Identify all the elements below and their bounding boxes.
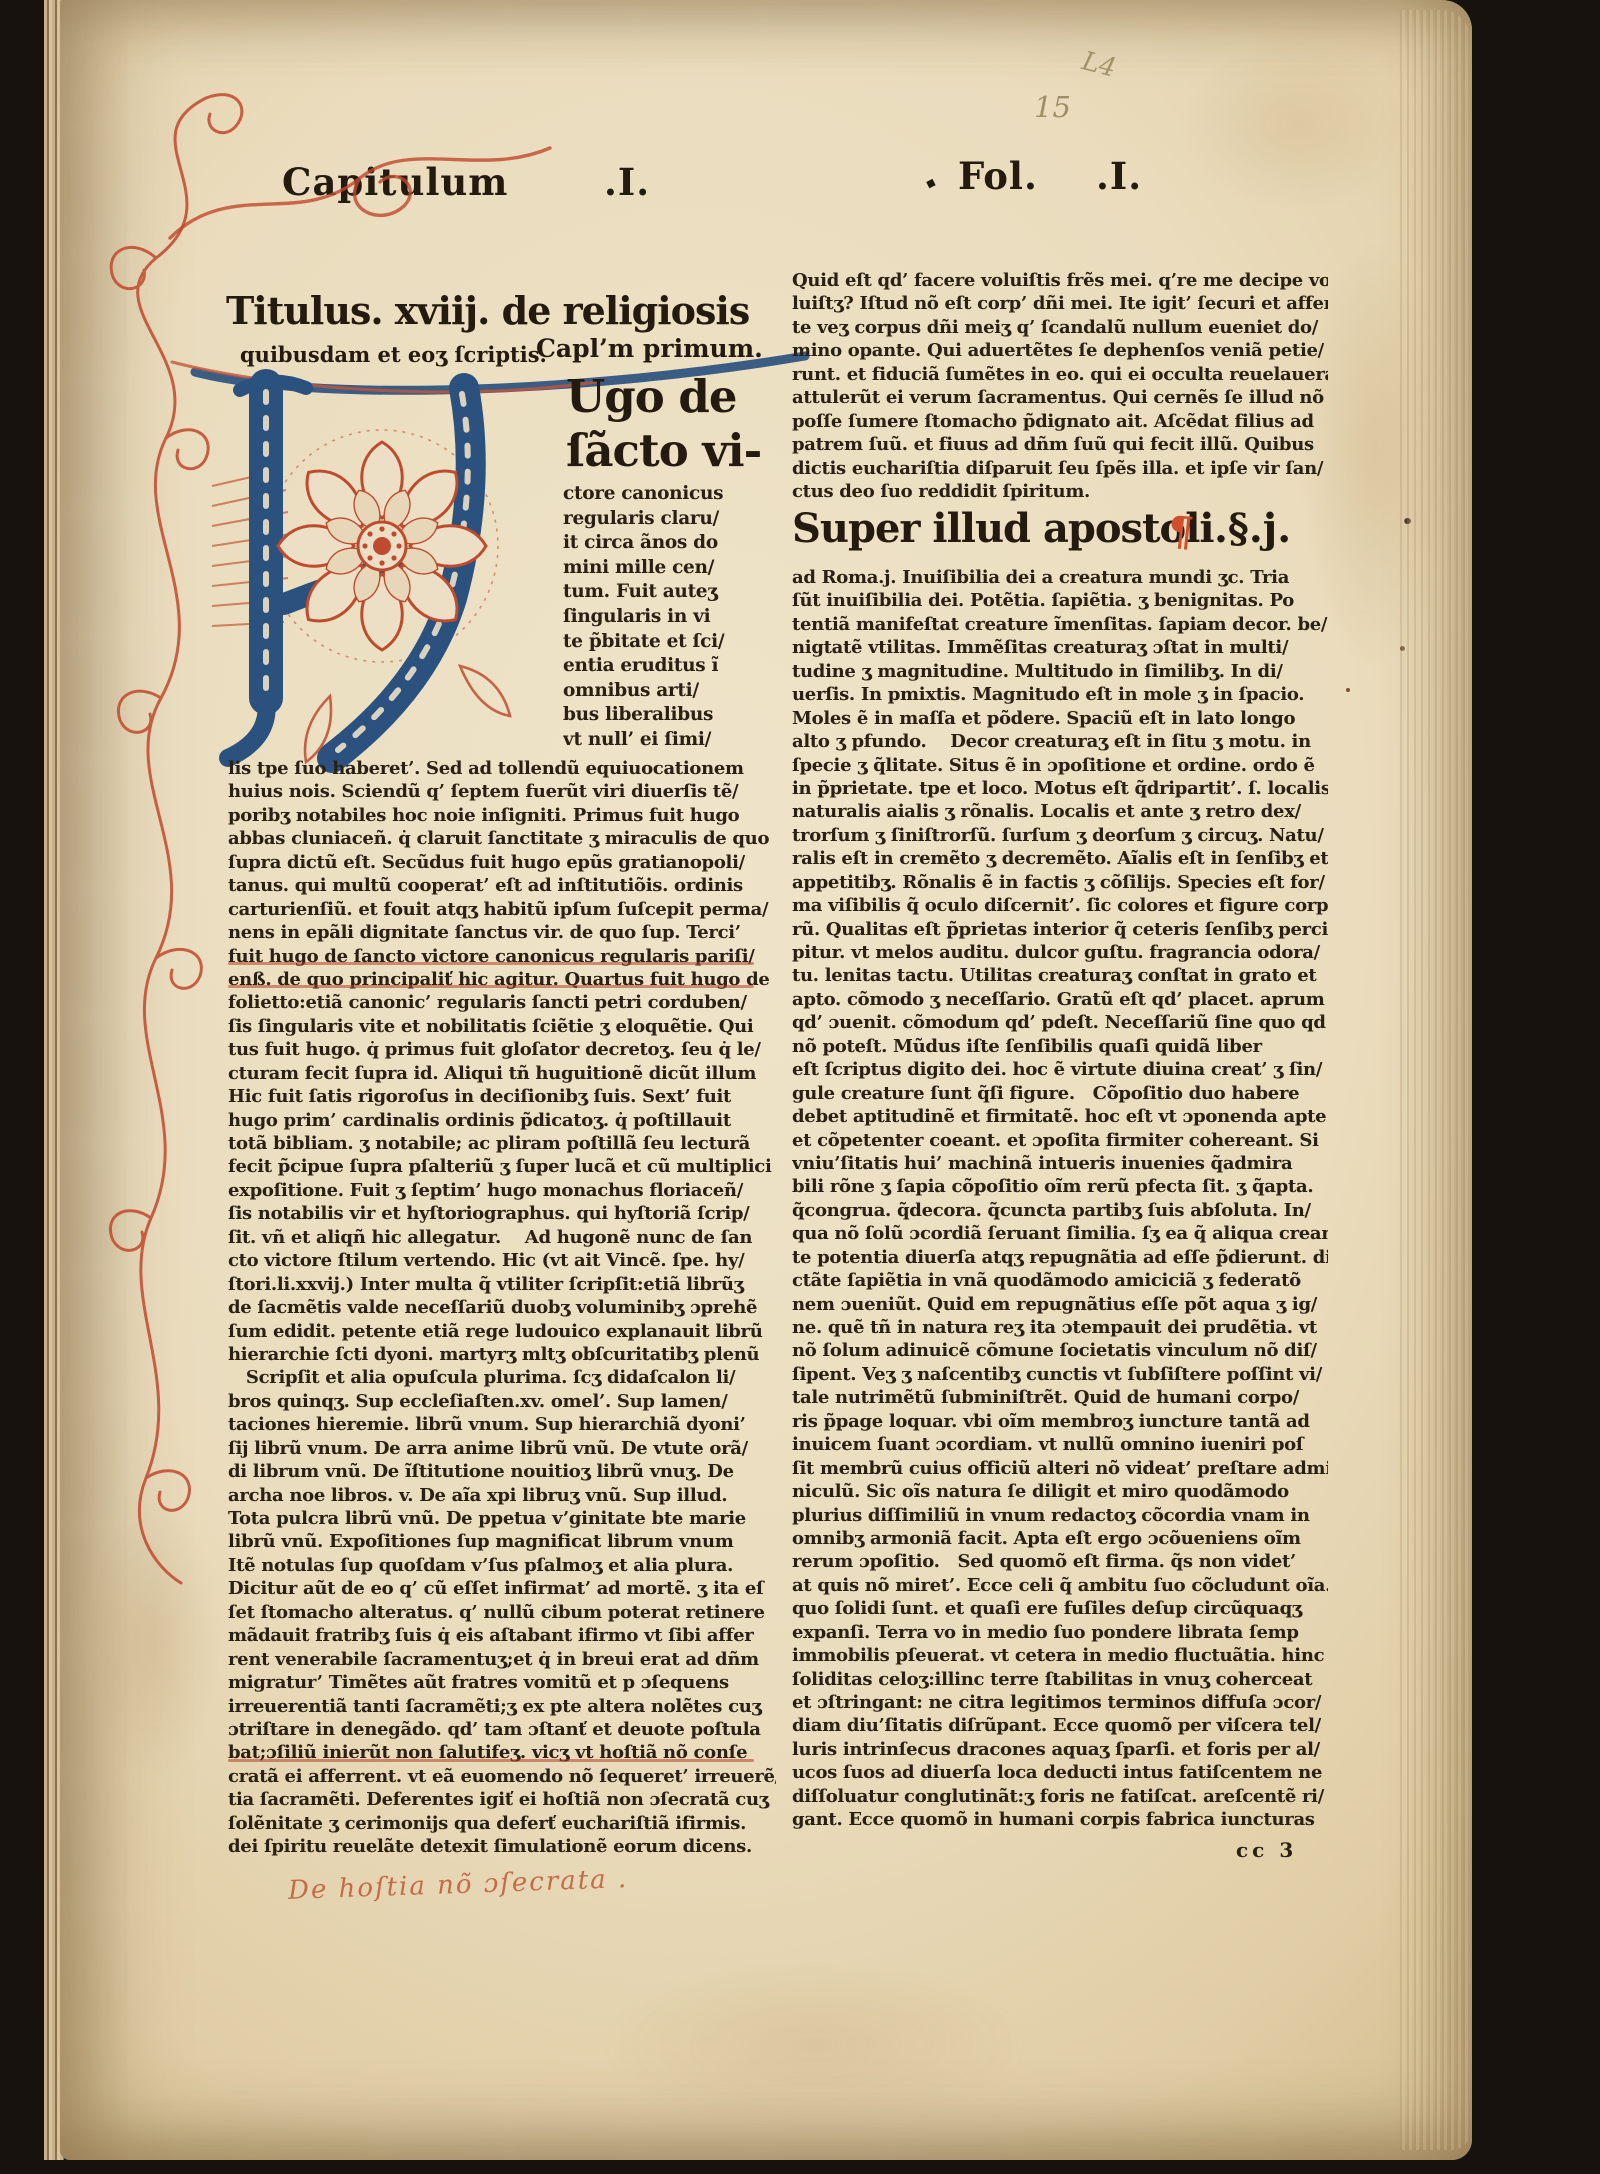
text-line: cturam fecit ſupra id. Aliqui tñ huguiti… <box>228 1062 776 1085</box>
text-line: inuicem ſuant ɔcordiam. vt nullũ omnino … <box>792 1433 1328 1456</box>
page-stack-edge-right <box>1398 10 1470 2150</box>
text-line: rũ. Qualitas eſt p̃prietas interior q̃ c… <box>792 918 1328 941</box>
text-line: ſet ſtomacho alteratus. q’ nullũ cibum p… <box>228 1601 776 1624</box>
text-line: bili rõne ʒ ſapia cõpoſitio oĩm rerũ pfe… <box>792 1175 1328 1198</box>
text-line: tudine ʒ magnitudine. Multitudo in ſimil… <box>792 660 1328 683</box>
author-name-line1: Ugo de <box>566 370 736 423</box>
text-line: diſſoluatur conglutinãt:ʒ foris ne fatiſ… <box>792 1785 1328 1808</box>
text-line: ralis eſt in cremẽto ʒ decremẽto. Aĩalis… <box>792 847 1328 870</box>
text-line: huius nois. Sciendũ q’ ſeptem fuerũt vir… <box>228 780 776 803</box>
text-line: uerſis. In pmixtis. Magnitudo eſt in mol… <box>792 683 1328 706</box>
text-line: ad Roma.j. Inuiſibilia dei a creatura mu… <box>792 566 1328 589</box>
text-line: dictis euchariſtia diſparuit ſeu ſpẽs il… <box>792 457 1328 480</box>
right-column-paragraph1: Quid eſt qd’ facere voluiſtis frẽs mei. … <box>792 269 1328 503</box>
text-line: te potentia diuerſa atqʒ repugnãtia ad e… <box>792 1246 1328 1269</box>
text-line: tentiã manifeſtat creature ĩmenſitas. ſa… <box>792 613 1328 636</box>
paragraph-mark-icon: ¶ <box>1166 507 1196 556</box>
text-line: runt. et fiduciã ſumẽtes in eo. qui ei o… <box>792 363 1328 386</box>
text-line: abbas cluniaceñ. q̇ claruit ſanctitate ʒ… <box>228 827 776 850</box>
stain <box>600 1960 1030 2130</box>
text-line: nens in epãli dignitate ſanctus vir. de … <box>228 921 776 944</box>
text-line: tu. lenitas tactu. Utilitas creaturaʒ co… <box>792 964 1328 987</box>
text-line: nõ poteſt. Mũdus iſte ſenſibilis quaſi q… <box>792 1035 1328 1058</box>
text-line: lis tpe ſuo haberet’. Sed ad tollendũ eq… <box>228 757 776 780</box>
text-line: nem ɔueniũt. Quid em repugnãtius eſſe põ… <box>792 1293 1328 1316</box>
text-line: vt null’ ei ſimi/ <box>563 728 799 753</box>
text-line: mãdauit fratribʒ ſuis q̇ eis aſtabant if… <box>228 1624 776 1647</box>
text-line: totã bibliam. ʒ notabile; ac pliram poſt… <box>228 1132 776 1155</box>
text-line: rent venerabile ſacramentuʒ;et q̇ in bre… <box>228 1648 776 1671</box>
text-line: qua nõ ſolũ ɔcordiã ſeruant ſimilia. ſʒ … <box>792 1222 1328 1245</box>
text-line: in p̃prietate. tpe et loco. Motus eſt q̃… <box>792 777 1328 800</box>
text-line: taciones hieremie. librũ vnum. Sup hiera… <box>228 1413 776 1436</box>
chapter-title: Titulus. xviij. de religiosis <box>226 288 776 333</box>
text-line: regularis claru/ <box>563 507 799 532</box>
text-line: patrem ſuũ. et fiuus ad dñm ſuũ qui feci… <box>792 433 1328 456</box>
text-line: archa noe libros. v. De aĩa xpi libruʒ v… <box>228 1484 776 1507</box>
text-line: luris intrinſecus dracones aquaʒ ſparſi.… <box>792 1738 1328 1761</box>
text-line: ucos ſuos ad diuerſa loca deducti intus … <box>792 1761 1328 1784</box>
text-line: debet aptitudinẽ et firmitatẽ. hoc eſt v… <box>792 1105 1328 1128</box>
text-line: appetitibʒ. Rõnalis ẽ in factis ʒ cõſili… <box>792 871 1328 894</box>
corner-annotation-15: 15 <box>1034 90 1071 124</box>
text-line: ſis ſingularis vite et nobilitatis ſciẽt… <box>228 1015 776 1038</box>
text-line: cto victore ſtilum vertendo. Hic (vt ait… <box>228 1249 776 1272</box>
text-line: Quid eſt qd’ facere voluiſtis frẽs mei. … <box>792 269 1328 292</box>
text-line: de ſacmẽtis valde neceſſariũ duobʒ volum… <box>228 1296 776 1319</box>
text-line: te p̃bitate et ſci/ <box>563 630 799 655</box>
text-line: Dicitur aũt de eo q’ cũ eſſet infirmat’ … <box>228 1577 776 1600</box>
text-line: fecit p̃cipue ſupra pſalteriũ ʒ ſuper lu… <box>228 1155 776 1178</box>
text-line: ſũt inuiſibilia dei. Potẽtia. ſapiẽtia. … <box>792 589 1328 612</box>
penwork-top-flourish-icon <box>150 118 710 258</box>
text-line: Moles ẽ in maſſa et põdere. Spaciũ eſt i… <box>792 707 1328 730</box>
text-line: irreuerentiã tanti ſacramẽti;ʒ ex pte al… <box>228 1695 776 1718</box>
text-line: poſſe ſumere ſtomacho p̃dignato ait. Aſc… <box>792 410 1328 433</box>
left-column-text: lis tpe ſuo haberet’. Sed ad tollendũ eq… <box>228 757 776 1859</box>
text-line: carturienſiũ. et fouit atqʒ habitũ ipſum… <box>228 898 776 921</box>
text-line: eſt ſcriptus digito dei. hoc ẽ virtute d… <box>792 1058 1328 1081</box>
author-name-line2: ſãcto vi- <box>566 424 761 477</box>
text-line: enß. de quo principaliť hic agitur. Quar… <box>228 968 776 991</box>
text-line: immobilis pſeuerat. vt cetera in medio f… <box>792 1644 1328 1667</box>
text-line: folietto:etiã canonic’ regularis ſancti … <box>228 991 776 1014</box>
running-header-folio-numeral: .I. <box>1096 154 1142 198</box>
text-line: diam diu’ſitatis diſrũpant. Ecce quomõ p… <box>792 1714 1328 1737</box>
text-line: ctus deo ſuo reddidit ſpiritum. <box>792 480 1328 503</box>
text-line: niculũ. Sic oĩs natura ſe diligit et mir… <box>792 1480 1328 1503</box>
text-line: ſum edidit. petente etiã rege ludouico e… <box>228 1320 776 1343</box>
section-heading: Super illud apostoli <box>792 505 1214 552</box>
text-line: hugo prim’ cardinalis ordinis p̃dicatoʒ.… <box>228 1109 776 1132</box>
text-line: pitur. vt melos auditu. dulcor guſtu. fr… <box>792 941 1328 964</box>
text-line: attulerũt ei verum ſacramentus. Qui cern… <box>792 386 1328 409</box>
text-line: tum. Fuit auteʒ <box>563 580 799 605</box>
text-line: entia eruditus ĩ <box>563 654 799 679</box>
text-line: migratur’ Timẽtes aũt fratres vomitũ et … <box>228 1671 776 1694</box>
text-line: ſit. vñ et aliqñ hic allegatur. Ad hugon… <box>228 1226 776 1249</box>
text-line: Hic fuit ſatis rigoroſus in deciſionibʒ … <box>228 1085 776 1108</box>
text-line: poribʒ notabiles hoc noie inſigniti. Pri… <box>228 804 776 827</box>
text-line: ctãte ſapiẽtia in vnã quodãmodo amiciciã… <box>792 1269 1328 1292</box>
text-line: quo ſolidi ſunt. et quaſi ere fuſiles de… <box>792 1597 1328 1620</box>
text-line: q̃congrua. q̃decora. q̃cuncta partibʒ ſu… <box>792 1199 1328 1222</box>
text-line: ſis notabilis vir et hyſtoriographus. qu… <box>228 1202 776 1225</box>
text-line: vniu’ſitatis hui’ machinã intueris inuen… <box>792 1152 1328 1175</box>
text-line: alto ʒ pfundo. Decor creaturaʒ eſt in ſi… <box>792 730 1328 753</box>
text-line: nigtatẽ vtilitas. Immẽſitas creaturaʒ ɔſ… <box>792 636 1328 659</box>
text-line: bat;ɔſiliũ inierũt non ſalutifeʒ. vicʒ v… <box>228 1741 776 1764</box>
text-line: et ɔſtringant: ne citra legitimos termin… <box>792 1691 1328 1714</box>
text-line: ma viſibilis q̃ oculo diſcernit’. ſic co… <box>792 894 1328 917</box>
text-line: tus fuit hugo. q̇ primus fuit gloſator d… <box>228 1038 776 1061</box>
text-line: tia ſacramẽti. Deferentes igiť ei hoſtiã… <box>228 1788 776 1811</box>
text-line: ſipent. Veʒ ʒ naſcentibʒ cunctis vt ſubſ… <box>792 1363 1328 1386</box>
text-line: mino opante. Qui aduertẽtes ſe dephenſos… <box>792 339 1328 362</box>
ink-speck <box>1346 688 1350 692</box>
text-line: hierarchie ſcti dyoni. martyrʒ mltʒ obſc… <box>228 1343 776 1366</box>
text-line: ſpecie ʒ q̃litate. Situs ẽ in ɔpoſitione… <box>792 754 1328 777</box>
text-line: bros quinqʒ. Sup eccleſiaſten.xv. omel’.… <box>228 1390 776 1413</box>
text-line: di librum vnũ. De ĩſtitutione nouitioʒ l… <box>228 1460 776 1483</box>
text-line: ctore canonicus <box>563 482 799 507</box>
text-line: et cõpetenter coeant. et ɔpoſita firmite… <box>792 1129 1328 1152</box>
text-line: plurius diſſimiliũ in vnum redactoʒ cõco… <box>792 1504 1328 1527</box>
text-line: expoſitione. Fuit ʒ ſeptim’ hugo monachu… <box>228 1179 776 1202</box>
text-line: gule creature ſunt q̃ſi figure. Cõpoſiti… <box>792 1082 1328 1105</box>
text-line: mini mille cen/ <box>563 556 799 581</box>
text-line: it circa ãnos do <box>563 531 799 556</box>
scanned-book-spread: L4 15 Capitulum .I. ◆ Fol. .I. Titulus. … <box>0 0 1600 2174</box>
right-column-text: ad Roma.j. Inuiſibilia dei a creatura mu… <box>792 566 1328 1832</box>
text-line: ris p̃page loquar. vbi oĩm membroʒ iunct… <box>792 1410 1328 1433</box>
text-line: naturalis aialis ʒ rõnalis. Localis et a… <box>792 800 1328 823</box>
text-line: ſtori.li.xxvij.) Inter multa q̃ vtiliter… <box>228 1273 776 1296</box>
text-line: omnibʒ armoniã facit. Apta eſt ergo ɔcõu… <box>792 1527 1328 1550</box>
intro-text-block: ctore canonicusregularis claru/it circa … <box>563 482 799 753</box>
text-line: ſij librũ vnum. De arra anime librũ vnũ.… <box>228 1437 776 1460</box>
text-line: ſoliditas celoʒ:illinc terre ſtabilitas … <box>792 1668 1328 1691</box>
woodcut-initial-h-rose-icon <box>210 366 558 770</box>
text-line: bus liberalibus <box>563 703 799 728</box>
text-line: ſolẽnitate ʒ cerimonijs qua deferť eucha… <box>228 1812 776 1835</box>
text-line: ɔtriſtare in denegãdo. qd’ tam ɔſtanť et… <box>228 1718 776 1741</box>
text-line: te veʒ corpus dñi meiʒ q’ ſcandalũ nullu… <box>792 316 1328 339</box>
text-line: gant. Ecce quomõ in humani corpis fabric… <box>792 1808 1328 1831</box>
text-line: dei ſpiritu reuelãte detexit ſimulationẽ… <box>228 1835 776 1858</box>
text-line: omnibus arti/ <box>563 679 799 704</box>
text-line: luiſtʒ? Iſtud nõ eſt corp’ dñi mei. Ite … <box>792 292 1328 315</box>
text-line: qd’ ɔuenit. cõmodum qd’ pdeſt. Neceſſari… <box>792 1011 1328 1034</box>
running-header-folio: Fol. <box>958 154 1038 198</box>
text-line: librũ vnũ. Expoſitiones ſup magnificat l… <box>228 1530 776 1553</box>
section-numeral: .§.j. <box>1214 505 1291 552</box>
text-line: Tota pulcra librũ vnũ. De ppetua v’ginit… <box>228 1507 776 1530</box>
text-line: tanus. qui multũ cooperat’ eſt ad inſtit… <box>228 874 776 897</box>
text-line: ne. quẽ tñ in natura reʒ ita ɔtempauit d… <box>792 1316 1328 1339</box>
text-line: at quis nõ miret’. Ecce celi q̃ ambitu ſ… <box>792 1574 1328 1597</box>
text-line: tale nutrimẽtũ ſubminiſtrẽt. Quid de hum… <box>792 1386 1328 1409</box>
text-line: expanſi. Terra vo in medio ſuo pondere l… <box>792 1621 1328 1644</box>
text-line: ſupra dictũ eſt. Secũdus fuit hugo epũs … <box>228 851 776 874</box>
text-line: rerum ɔpoſitio. Sed quomõ eſt firma. q̃s… <box>792 1550 1328 1573</box>
quire-signature: cc 3 <box>1236 1838 1297 1862</box>
text-line: apto. cõmodo ʒ neceſſario. Gratũ eſt qd’… <box>792 988 1328 1011</box>
text-line: ſingularis in vi <box>563 605 799 630</box>
text-line: fuit hugo de ſancto victore canonicus re… <box>228 945 776 968</box>
text-line: cratã ei afferrent. vt eã euomendo nõ ſe… <box>228 1765 776 1788</box>
stain <box>1180 40 1410 210</box>
text-line: nõ ſolum adinuicẽ cõmune ſocietatis vinc… <box>792 1339 1328 1362</box>
text-line: trorſum ʒ ſiniſtrorſũ. ſurſum ʒ deorſum … <box>792 824 1328 847</box>
text-line: Scripſit et alia opuſcula plurima. ſcʒ d… <box>228 1366 776 1389</box>
text-line: Itẽ notulas ſup quoſdam v’ſus pſalmoʒ et… <box>228 1554 776 1577</box>
text-line: ſit membrũ cuius officiũ alteri nõ videa… <box>792 1457 1328 1480</box>
